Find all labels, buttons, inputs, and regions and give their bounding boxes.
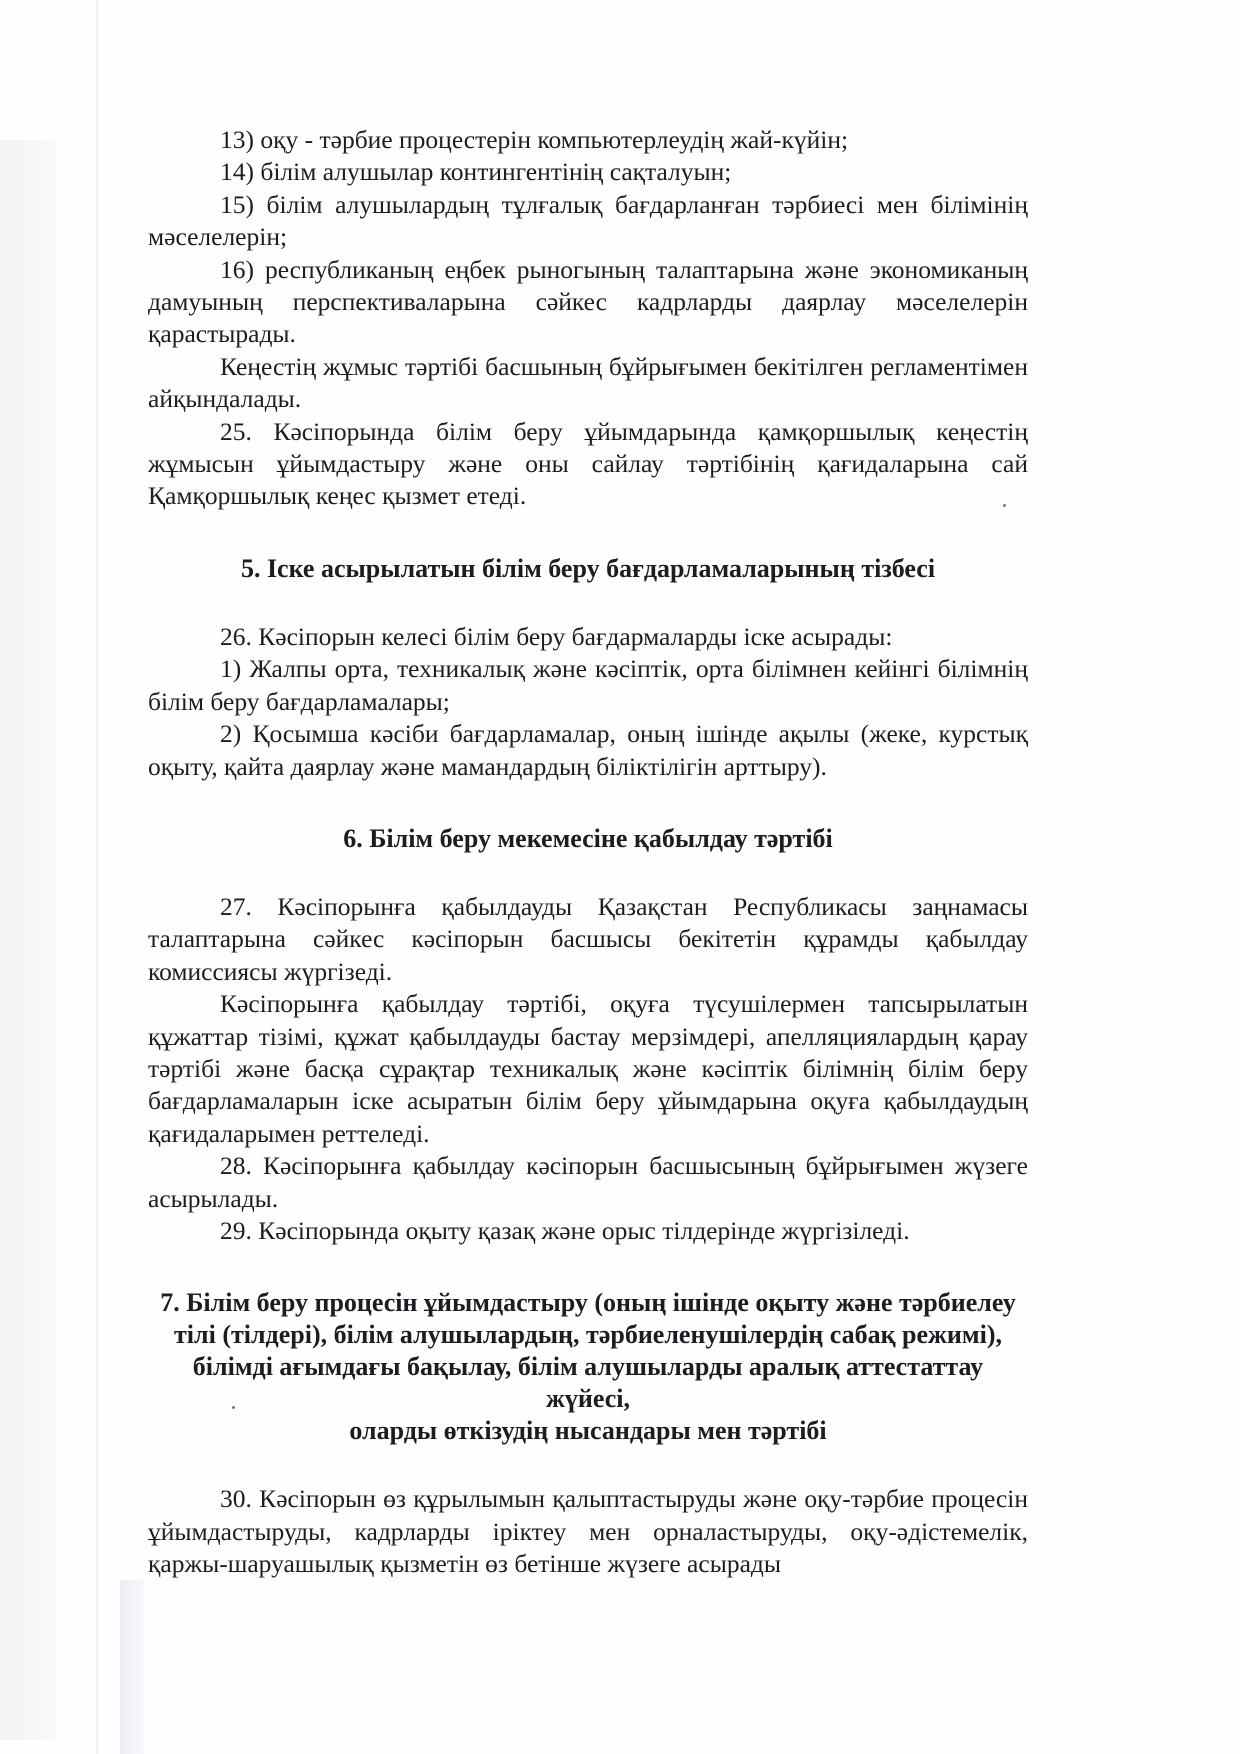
section-6-heading: 6. Білім беру мекемесіне қабылдау тәртіб…: [148, 823, 1028, 855]
list-item-16: 16) республиканың еңбек рыногының талапт…: [148, 254, 1028, 351]
document-body: 13) оқу - тәрбие процестерін компьютерле…: [148, 124, 1028, 1581]
page-edge-shadow: [96, 0, 98, 1754]
paragraph-28: 28. Кәсіпорынға қабылдау кәсіпорын басшы…: [148, 1150, 1028, 1215]
paragraph-26: 26. Кәсіпорын келесі білім беру бағдарма…: [148, 621, 1028, 653]
section-7-heading-line-3: білімді ағымдағы бақылау, білім алушылар…: [148, 1351, 1028, 1415]
paragraph-25: 25. Кәсіпорында білім беру ұйымдарында қ…: [148, 416, 1028, 513]
list-item-15: 15) білім алушылардың тұлғалық бағдарлан…: [148, 189, 1028, 254]
paragraph-27-continued: Кәсіпорынға қабылдау тәртібі, оқуға түсу…: [148, 988, 1028, 1150]
left-margin-bleed-through: [0, 140, 60, 1740]
program-item-1: 1) Жалпы орта, техникалық және кәсіптік,…: [148, 653, 1028, 718]
scanned-page: 13) оқу - тәрбие процестерін компьютерле…: [0, 0, 1240, 1754]
section-5-heading: 5. Іске асырылатын білім беру бағдарлама…: [148, 553, 1028, 585]
paragraph-27: 27. Кәсіпорынға қабылдауды Қазақстан Рес…: [148, 891, 1028, 988]
list-item-13: 13) оқу - тәрбие процестерін компьютерле…: [148, 124, 1028, 156]
program-item-2: 2) Қосымша кәсіби бағдарламалар, оның іш…: [148, 718, 1028, 783]
paragraph-30: 30. Кәсіпорын өз құрылымын қалыптастыруд…: [148, 1483, 1028, 1580]
section-7-heading-line-4: оларды өткізудің нысандары мен тәртібі: [148, 1415, 1028, 1447]
scan-smudge: [120, 1580, 144, 1754]
section-7-heading-line-2: тілі (тілдері), білім алушылардың, тәрби…: [148, 1319, 1028, 1351]
section-7-heading: 7. Білім беру процесін ұйымдастыру (оның…: [148, 1287, 1028, 1447]
paragraph-29: 29. Кәсіпорында оқыту қазақ және орыс ті…: [148, 1215, 1028, 1247]
list-item-14: 14) білім алушылар контингентінің сақтал…: [148, 156, 1028, 188]
council-order-paragraph: Кеңестің жұмыс тәртібі басшының бұйрығым…: [148, 351, 1028, 416]
section-7-heading-line-1: 7. Білім беру процесін ұйымдастыру (оның…: [148, 1287, 1028, 1319]
